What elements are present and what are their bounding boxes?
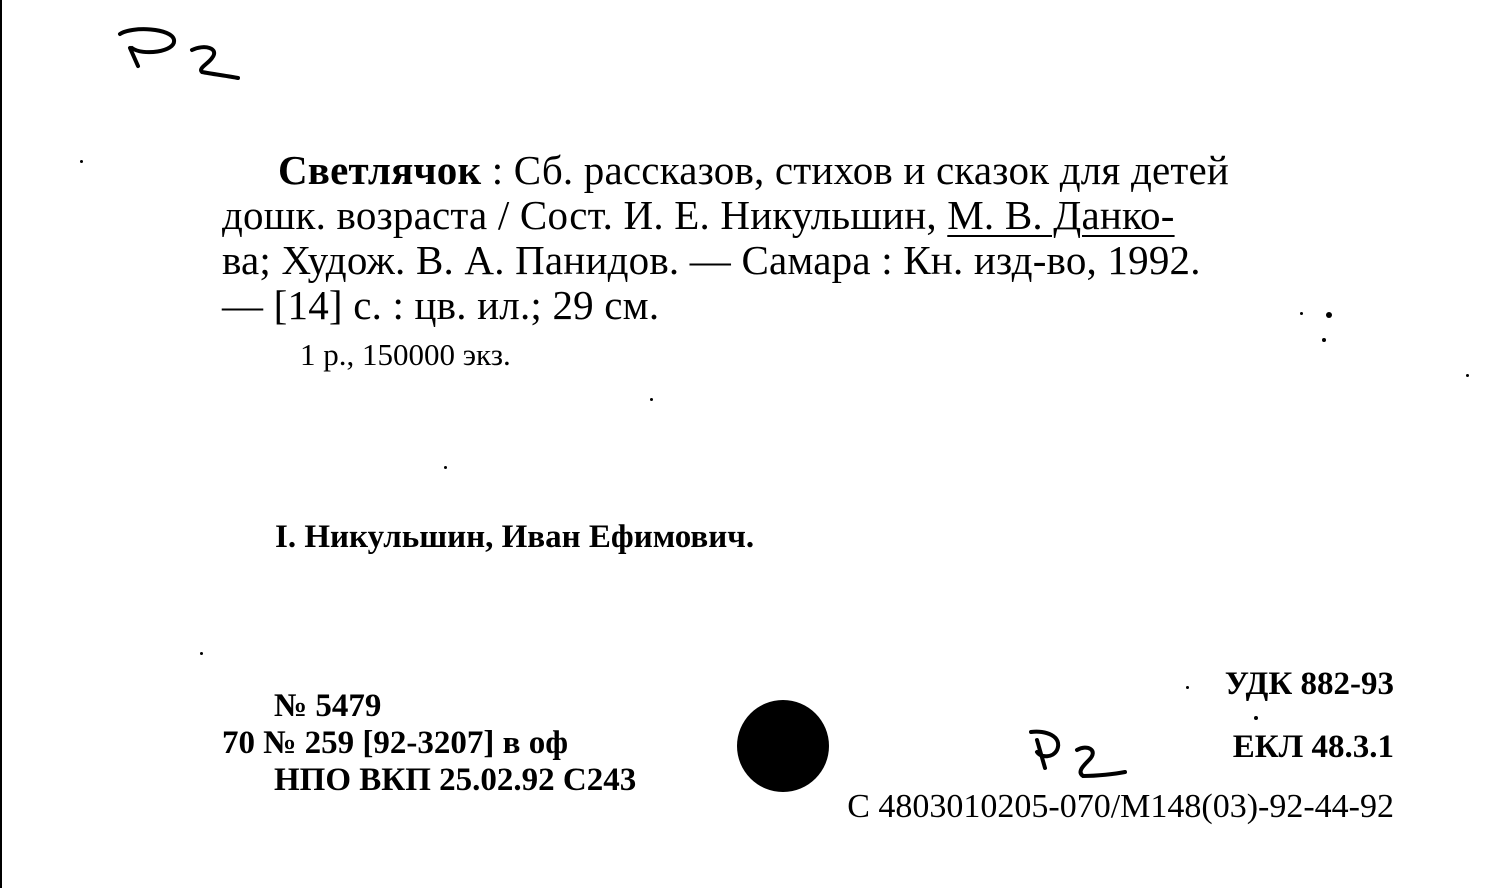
print-order: 70 № 259 [92-3207] в оф	[222, 725, 636, 762]
entry-line-2: дошк. возраста / Сост. И. Е. Никульшин, …	[222, 193, 1400, 238]
scan-speck	[650, 398, 653, 401]
scan-speck	[80, 160, 83, 163]
card-punch-hole	[737, 700, 829, 792]
scan-speck	[1322, 338, 1326, 342]
scan-speck	[444, 466, 447, 469]
ekl-index: ЕКЛ 48.3.1	[847, 729, 1394, 766]
entry-line-4: — [14] с. : цв. ил.; 29 см.	[222, 283, 1400, 328]
added-entry-tracing: I. Никульшин, Иван Ефимович.	[275, 518, 754, 556]
scan-speck	[1300, 312, 1303, 315]
printer-date: НПО ВКП 25.02.92 С243	[222, 762, 636, 799]
scan-speck	[200, 652, 203, 655]
compilers-text: дошк. возраста / Сост. И. Е. Никульшин,	[222, 192, 947, 238]
publication-code: С 4803010205-070/М148(03)-92-44-92	[847, 788, 1394, 825]
classification-block: УДК 882-93 ЕКЛ 48.3.1 С 4803010205-070/М…	[847, 666, 1394, 825]
udk-index: УДК 882-93	[847, 666, 1394, 703]
handwritten-mark-top	[112, 22, 242, 87]
book-title: Светлячок	[278, 147, 481, 193]
catalog-card: Светлячок : Сб. рассказов, стихов и сказ…	[0, 0, 1488, 888]
scan-speck	[1254, 716, 1258, 720]
order-number: № 5479	[222, 688, 636, 725]
scan-speck	[1326, 312, 1332, 318]
entry-line-3: ва; Худож. В. А. Панидов. — Самара : Кн.…	[222, 238, 1400, 283]
bibliographic-entry: Светлячок : Сб. рассказов, стихов и сказ…	[222, 148, 1400, 328]
print-info: № 5479 70 № 259 [92-3207] в оф НПО ВКП 2…	[222, 688, 636, 799]
entry-line-1: Светлячок : Сб. рассказов, стихов и сказ…	[222, 148, 1400, 193]
scan-speck	[1186, 686, 1189, 689]
card-left-border	[0, 0, 2, 888]
handwritten-r2-glyph	[112, 22, 242, 82]
price-circulation: 1 р., 150000 экз.	[300, 338, 511, 372]
scan-speck	[1466, 374, 1469, 377]
underlined-compiler: М. В. Данко-	[947, 192, 1174, 238]
subtitle-text: : Сб. рассказов, стихов и сказок для дет…	[481, 147, 1229, 193]
